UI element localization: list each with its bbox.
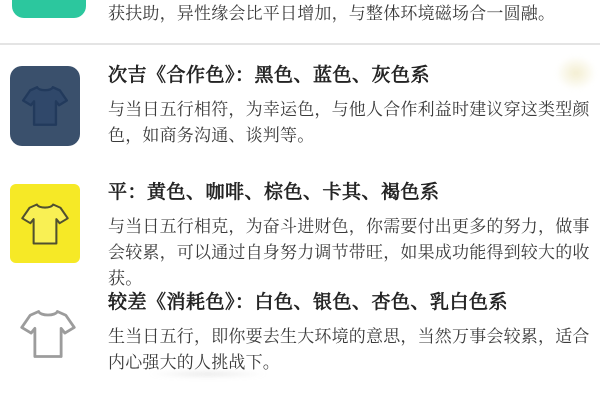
tshirt-icon-lucky <box>12 0 86 18</box>
section-body: 生当日五行，即你要去生大环境的意思，当然万事会较累，适合内心强大的人挑战下。 <box>108 324 592 376</box>
tshirt-glyph <box>19 195 71 253</box>
section-neutral-colors: 平：黄色、咖啡、棕色、卡其、褐色系 与当日五行相克，为奋斗进财色，你需要付出更多… <box>108 180 592 292</box>
section-title: 较差《消耗色》：白色、银色、杏色、乳白色系 <box>108 290 592 315</box>
tshirt-glyph <box>20 77 70 135</box>
tshirt-icon-cooperation-colors <box>10 66 80 146</box>
section-divider <box>0 43 600 45</box>
section-body: 与当日五行相克，为奋斗进财色，你需要付出更多的努力，做事会较累，可以通过自身努力… <box>108 214 592 292</box>
section-cooperation-colors: 次吉《合作色》：黑色、蓝色、灰色系 与当日五行相符，为幸运色，与他人合作利益时建… <box>108 63 592 149</box>
tshirt-icon-draining-colors <box>16 296 80 372</box>
section-body: 与当日五行相符，为幸运色，与他人合作利益时建议穿这类型颜色，如商务沟通、谈判等。 <box>108 97 592 149</box>
intro-text: 获扶助，异性缘会比平日增加，与整体环境磁场合一圆融。 <box>108 1 592 27</box>
section-title: 平：黄色、咖啡、棕色、卡其、褐色系 <box>108 180 592 205</box>
section-title: 次吉《合作色》：黑色、蓝色、灰色系 <box>108 63 592 88</box>
tshirt-glyph <box>23 0 75 7</box>
section-draining-colors: 较差《消耗色》：白色、银色、杏色、乳白色系 生当日五行，即你要去生大环境的意思，… <box>108 290 592 376</box>
tshirt-icon-neutral-colors <box>10 184 80 263</box>
tshirt-glyph <box>18 299 78 369</box>
lucky-color-guide-page: 获扶助，异性缘会比平日增加，与整体环境磁场合一圆融。 次吉《合作色》：黑色、蓝色… <box>0 0 600 400</box>
